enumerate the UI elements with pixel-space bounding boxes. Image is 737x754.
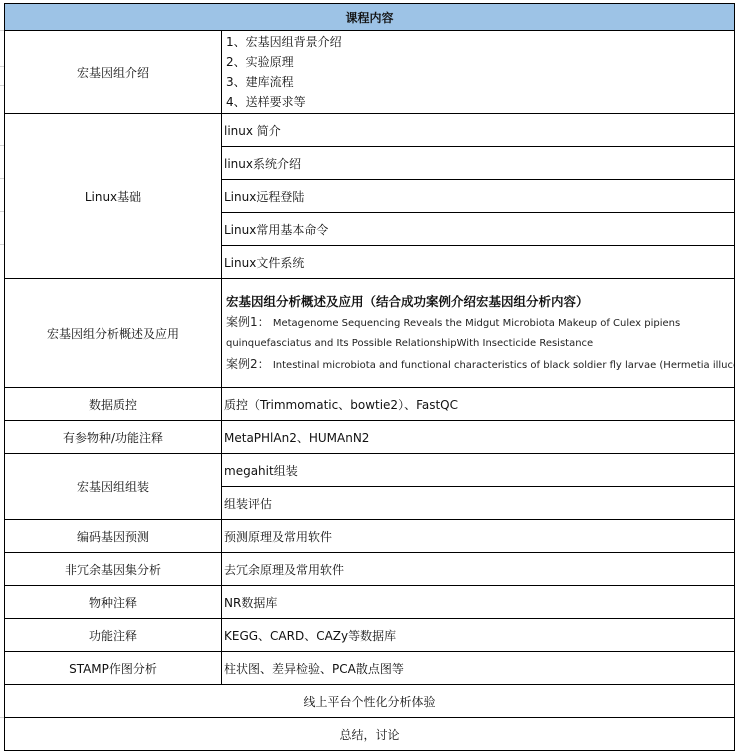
footer-row: 总结，讨论	[5, 718, 735, 751]
content-item: 3、建库流程	[224, 72, 734, 92]
module-cell: 数据质控	[5, 388, 222, 421]
module-cell: 宏基因组组装	[5, 454, 222, 520]
case-label: 案例2：	[226, 357, 270, 371]
content-cell: MetaPHlAn2、HUMAnN2	[222, 421, 735, 454]
content-cell: 1、宏基因组背景介绍 2、实验原理 3、建库流程 4、送样要求等	[222, 31, 735, 114]
case-2: 案例2： Intestinal microbiota and functiona…	[226, 354, 732, 376]
content-item: 1、宏基因组背景介绍	[224, 32, 734, 52]
content-cell: 组装评估	[222, 487, 735, 520]
content-cell: 去冗余原理及常用软件	[222, 553, 735, 586]
content-cell: NR数据库	[222, 586, 735, 619]
content-item: 2、实验原理	[224, 52, 734, 72]
content-cell: Linux文件系统	[222, 246, 735, 279]
content-cell: Linux远程登陆	[222, 180, 735, 213]
content-cell: 质控（Trimmomatic、bowtie2）、FastQC	[222, 388, 735, 421]
case-1: 案例1： Metagenome Sequencing Reveals the M…	[226, 312, 732, 334]
module-cell: 编码基因预测	[5, 520, 222, 553]
content-item: 4、送样要求等	[224, 92, 734, 112]
content-cell: megahit组装	[222, 454, 735, 487]
module-cell: 非冗余基因集分析	[5, 553, 222, 586]
module-cell: 宏基因组介绍	[5, 31, 222, 114]
course-content-table: 课程内容 宏基因组介绍 1、宏基因组背景介绍 2、实验原理 3、建库流程 4、送…	[4, 3, 735, 751]
case-1-continued: quinquefasciatus and Its Possible Relati…	[226, 334, 732, 354]
content-cell: 预测原理及常用软件	[222, 520, 735, 553]
footer-row: 线上平台个性化分析体验	[5, 685, 735, 718]
module-cell: 功能注释	[5, 619, 222, 652]
content-cell: linux系统介绍	[222, 147, 735, 180]
module-cell: 有参物种/功能注释	[5, 421, 222, 454]
module-cell: 宏基因组分析概述及应用	[5, 279, 222, 388]
content-cell: linux 简介	[222, 114, 735, 147]
case-label: 案例1：	[226, 315, 270, 329]
module-cell: 物种注释	[5, 586, 222, 619]
content-cell: 柱状图、差异检验、PCA散点图等	[222, 652, 735, 685]
section-title: 宏基因组分析概述及应用（结合成功案例介绍宏基因组分析内容）	[226, 292, 732, 312]
case-text: Metagenome Sequencing Reveals the Midgut…	[273, 318, 680, 329]
content-cell: Linux常用基本命令	[222, 213, 735, 246]
content-cell: KEGG、CARD、CAZy等数据库	[222, 619, 735, 652]
module-cell: STAMP作图分析	[5, 652, 222, 685]
table-header: 课程内容	[5, 4, 735, 31]
case-text: Intestinal microbiota and functional cha…	[273, 360, 735, 371]
content-cell: 宏基因组分析概述及应用（结合成功案例介绍宏基因组分析内容） 案例1： Metag…	[222, 279, 735, 388]
module-cell: Linux基础	[5, 114, 222, 279]
